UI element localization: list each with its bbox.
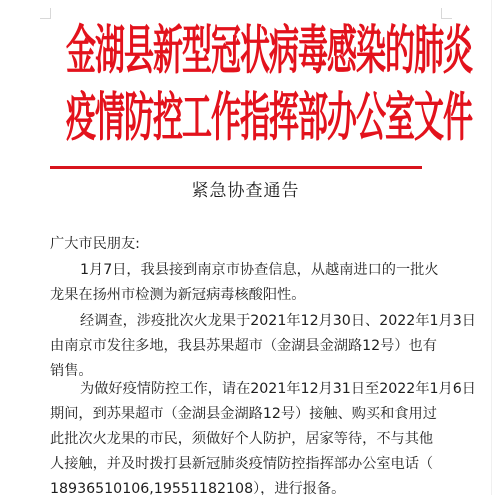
red-header-title-line-2: 疫情防控工作指挥部办公室文件	[66, 93, 426, 146]
red-divider-rule	[50, 166, 422, 169]
paragraph-2-line-3: 销售。	[50, 360, 93, 380]
paragraph-3-line-2: 期间，到苏果超市（金湖县金湖路12号）接触、购买和食用过	[50, 403, 437, 423]
crop-mark-top-right	[441, 8, 452, 19]
paragraph-2-line-1: 经调查，涉疫批次火龙果于2021年12月30日、2022年1月3日	[80, 310, 476, 330]
paragraph-3-line-5: 18936510106,19551182108），进行报备。	[50, 478, 345, 495]
crop-mark-top-left	[40, 8, 51, 19]
salutation: 广大市民朋友:	[50, 233, 140, 253]
paragraph-3-line-4: 人接触，并及时拨打县新冠肺炎疫情防控指挥部办公室电话（	[50, 453, 433, 473]
red-header-title-line-1: 金湖县新型冠状病毒感染的肺炎	[66, 26, 426, 79]
document-page: 金湖县新型冠状病毒感染的肺炎 疫情防控工作指挥部办公室文件 紧急协查通告 广大市…	[0, 0, 492, 495]
paragraph-1-line-1: 1月7日，我县接到南京市协查信息，从越南进口的一批火	[80, 259, 439, 279]
paragraph-3-line-3: 此批次火龙果的市民，须做好个人防护，居家等待，不与其他	[50, 428, 433, 448]
paragraph-1-line-2: 龙果在扬州市检测为新冠病毒核酸阳性。	[50, 284, 305, 304]
paragraph-2-line-2: 由南京市发往多地，我县苏果超市（金湖县金湖路12号）也有	[50, 335, 437, 355]
paragraph-3-line-1: 为做好疫情防控工作，请在2021年12月31日至2022年1月6日	[80, 378, 476, 398]
notice-title: 紧急协查通告	[0, 176, 491, 201]
